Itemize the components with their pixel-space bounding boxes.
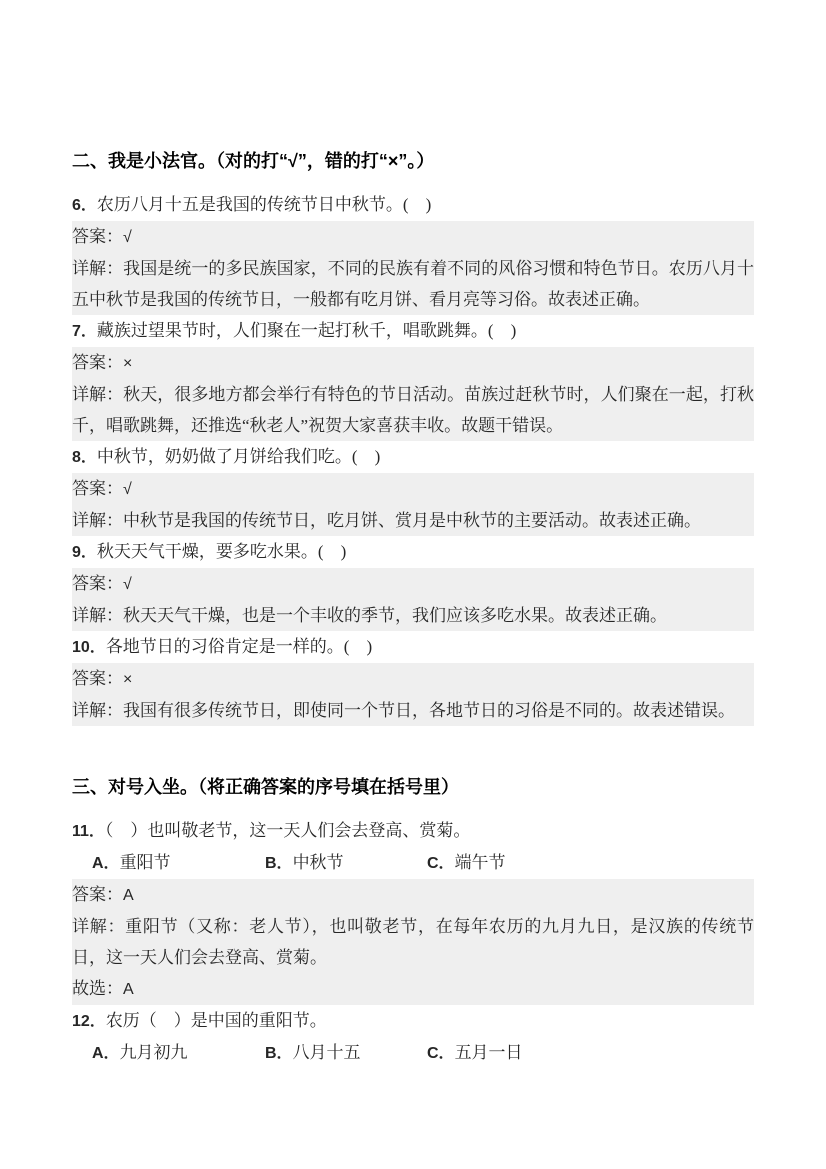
option-12-c-letter: C．	[427, 1045, 455, 1062]
answer-value-8: √	[123, 481, 132, 498]
answer-line-7: 答案：×	[72, 347, 754, 379]
option-12-b-letter: B．	[265, 1045, 293, 1062]
option-12-a-letter: A．	[92, 1045, 120, 1062]
detail-label-7: 详解：	[72, 385, 123, 404]
question-7-line: 7．藏族过望果节时，人们聚在一起打秋千，唱歌跳舞。( )	[72, 315, 754, 347]
detail-label-11: 详解：	[72, 917, 125, 936]
worksheet-page: 二、我是小法官。（对的打“√”，错的打“×”。） 6．农历八月十五是我国的传统节…	[0, 0, 826, 1169]
option-12-c-text: 五月一日	[455, 1043, 523, 1062]
choice-value-11: A	[123, 981, 134, 998]
question-6-text: 农历八月十五是我国的传统节日中秋节。( )	[97, 195, 431, 214]
detail-text-11: 重阳节（又称：老人节），也叫敬老节，在每年农历的九月九日，是汉族的传统节日，这一…	[72, 917, 754, 967]
option-11-c-letter: C．	[427, 855, 455, 872]
choice-line-11: 故选：A	[72, 973, 754, 1005]
question-11-number: 11．	[72, 823, 105, 840]
question-9-line: 9．秋天天气干燥，要多吃水果。( )	[72, 536, 754, 568]
question-10-line: 10．各地节日的习俗肯定是一样的。( )	[72, 631, 754, 663]
detail-line-7: 详解：秋天，很多地方都会举行有特色的节日活动。苗族过赶秋节时，人们聚在一起，打秋…	[72, 379, 754, 441]
detail-text-6: 我国是统一的多民族国家，不同的民族有着不同的风俗习惯和特色节日。农历八月十五中秋…	[72, 259, 754, 309]
detail-line-10: 详解：我国有很多传统节日，即使同一个节日，各地节日的习俗是不同的。故表述错误。	[72, 695, 754, 726]
detail-line-6: 详解：我国是统一的多民族国家，不同的民族有着不同的风俗习惯和特色节日。农历八月十…	[72, 253, 754, 315]
detail-text-8: 中秋节是我国的传统节日，吃月饼、赏月是中秋节的主要活动。故表述正确。	[123, 511, 701, 530]
question-9-number: 9．	[72, 544, 97, 561]
option-12-a-text: 九月初九	[120, 1043, 188, 1062]
options-row-12: A．九月初九 B．八月十五 C．五月一日	[72, 1037, 754, 1069]
question-6-number: 6．	[72, 197, 97, 214]
question-8-line: 8．中秋节，奶奶做了月饼给我们吃。( )	[72, 441, 754, 473]
question-10-number: 10．	[72, 639, 106, 656]
option-12-c: C．五月一日	[427, 1037, 754, 1069]
question-11-text: （ ）也叫敬老节，这一天人们会去登高、赏菊。	[105, 821, 471, 840]
section-2-heading: 二、我是小法官。（对的打“√”，错的打“×”。）	[72, 146, 754, 177]
detail-text-10: 我国有很多传统节日，即使同一个节日，各地节日的习俗是不同的。故表述错误。	[123, 701, 735, 720]
detail-line-8: 详解：中秋节是我国的传统节日，吃月饼、赏月是中秋节的主要活动。故表述正确。	[72, 505, 754, 536]
answer-block-6: 答案：√ 详解：我国是统一的多民族国家，不同的民族有着不同的风俗习惯和特色节日。…	[72, 221, 754, 315]
answer-line-6: 答案：√	[72, 221, 754, 253]
answer-line-11: 答案：A	[72, 879, 754, 911]
answer-label-6: 答案：	[72, 227, 123, 246]
worksheet-content: 二、我是小法官。（对的打“√”，错的打“×”。） 6．农历八月十五是我国的传统节…	[72, 0, 754, 1069]
detail-line-11: 详解：重阳节（又称：老人节），也叫敬老节，在每年农历的九月九日，是汉族的传统节日…	[72, 911, 754, 973]
answer-value-9: √	[123, 576, 132, 593]
detail-text-9: 秋天天气干燥，也是一个丰收的季节，我们应该多吃水果。故表述正确。	[123, 606, 667, 625]
answer-line-9: 答案：√	[72, 568, 754, 600]
answer-label-9: 答案：	[72, 574, 123, 593]
answer-label-7: 答案：	[72, 353, 123, 372]
answer-value-11: A	[123, 887, 134, 904]
question-12-number: 12．	[72, 1013, 106, 1030]
answer-block-7: 答案：× 详解：秋天，很多地方都会举行有特色的节日活动。苗族过赶秋节时，人们聚在…	[72, 347, 754, 441]
answer-line-10: 答案：×	[72, 663, 754, 695]
option-11-b-text: 中秋节	[293, 853, 344, 872]
answer-label-11: 答案：	[72, 885, 123, 904]
question-12-text: 农历（ ）是中国的重阳节。	[106, 1011, 327, 1030]
answer-block-9: 答案：√ 详解：秋天天气干燥，也是一个丰收的季节，我们应该多吃水果。故表述正确。	[72, 568, 754, 631]
option-12-b: B．八月十五	[265, 1037, 427, 1069]
option-11-a-letter: A．	[92, 855, 120, 872]
answer-block-8: 答案：√ 详解：中秋节是我国的传统节日，吃月饼、赏月是中秋节的主要活动。故表述正…	[72, 473, 754, 536]
option-11-a-text: 重阳节	[120, 853, 171, 872]
answer-value-10: ×	[123, 671, 132, 688]
detail-text-7: 秋天，很多地方都会举行有特色的节日活动。苗族过赶秋节时，人们聚在一起，打秋千，唱…	[72, 385, 754, 435]
option-11-b-letter: B．	[265, 855, 293, 872]
detail-label-6: 详解：	[72, 259, 123, 278]
answer-label-8: 答案：	[72, 479, 123, 498]
question-10-text: 各地节日的习俗肯定是一样的。( )	[106, 637, 372, 656]
answer-value-7: ×	[123, 355, 132, 372]
question-9-text: 秋天天气干燥，要多吃水果。( )	[97, 542, 346, 561]
option-12-b-text: 八月十五	[293, 1043, 361, 1062]
question-7-text: 藏族过望果节时，人们聚在一起打秋千，唱歌跳舞。( )	[97, 321, 516, 340]
choice-label-11: 故选：	[72, 979, 123, 998]
question-6-line: 6．农历八月十五是我国的传统节日中秋节。( )	[72, 189, 754, 221]
option-12-a: A．九月初九	[92, 1037, 265, 1069]
detail-line-9: 详解：秋天天气干燥，也是一个丰收的季节，我们应该多吃水果。故表述正确。	[72, 600, 754, 631]
option-11-b: B．中秋节	[265, 847, 427, 879]
question-8-text: 中秋节，奶奶做了月饼给我们吃。( )	[97, 447, 380, 466]
option-11-c: C．端午节	[427, 847, 754, 879]
options-row-11: A．重阳节 B．中秋节 C．端午节	[72, 847, 754, 879]
answer-block-11: 答案：A 详解：重阳节（又称：老人节），也叫敬老节，在每年农历的九月九日，是汉族…	[72, 879, 754, 1005]
detail-label-9: 详解：	[72, 606, 123, 625]
option-11-c-text: 端午节	[455, 853, 506, 872]
question-11-line: 11．（ ）也叫敬老节，这一天人们会去登高、赏菊。	[72, 815, 754, 847]
answer-value-6: √	[123, 229, 132, 246]
answer-block-10: 答案：× 详解：我国有很多传统节日，即使同一个节日，各地节日的习俗是不同的。故表…	[72, 663, 754, 726]
detail-label-8: 详解：	[72, 511, 123, 530]
section-3-heading: 三、对号入坐。（将正确答案的序号填在括号里）	[72, 772, 754, 803]
answer-label-10: 答案：	[72, 669, 123, 688]
detail-label-10: 详解：	[72, 701, 123, 720]
question-12-line: 12．农历（ ）是中国的重阳节。	[72, 1005, 754, 1037]
option-11-a: A．重阳节	[92, 847, 265, 879]
question-8-number: 8．	[72, 449, 97, 466]
question-7-number: 7．	[72, 323, 97, 340]
answer-line-8: 答案：√	[72, 473, 754, 505]
